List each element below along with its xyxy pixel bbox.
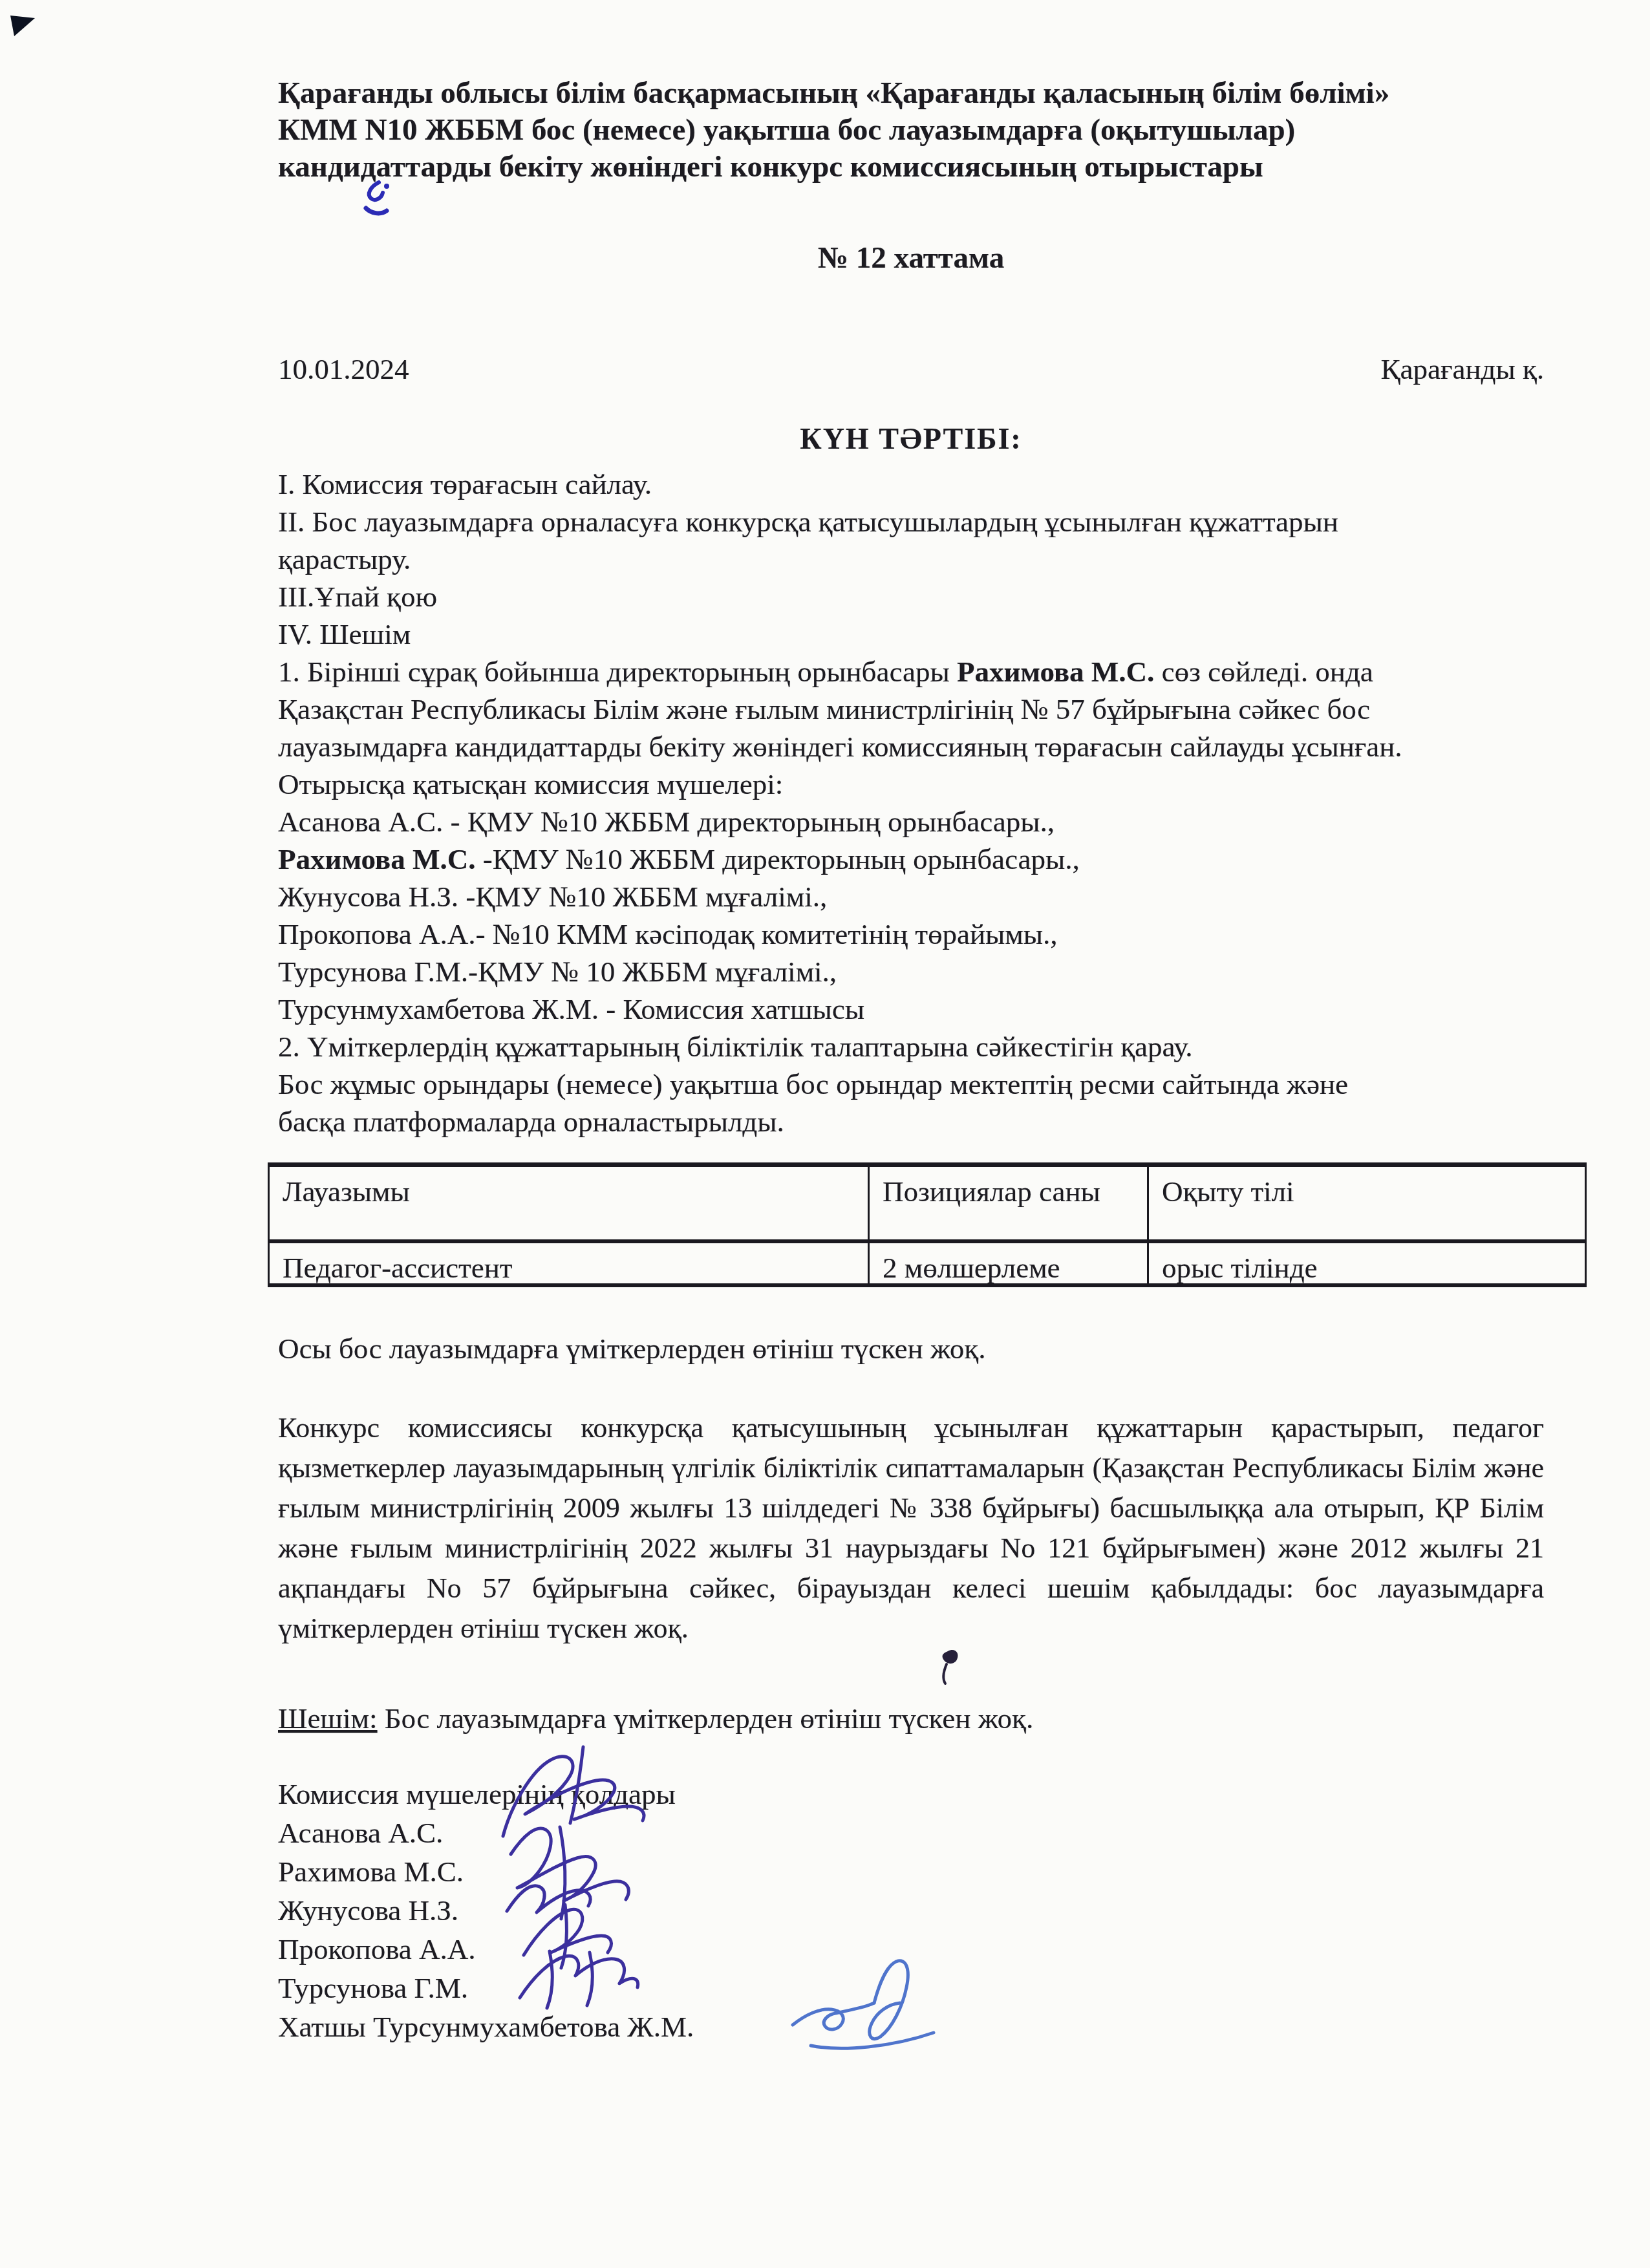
discussion-line: Қазақстан Республикасы Білім және ғылым … xyxy=(278,690,1544,728)
member-role: -ҚМУ №10 ЖББМ мұғалімі., xyxy=(458,881,827,913)
decision-text: Бос лауазымдарға үміткерлерден өтініш тү… xyxy=(378,1702,1034,1735)
ink-mark xyxy=(357,178,396,220)
protocol-number: № 12 хаттама xyxy=(278,241,1544,275)
vacancy-table-header-row: Лауазымы Позициялар саны Оқыту тілі xyxy=(270,1167,1585,1243)
signature-secretary xyxy=(782,1947,944,2060)
member-name: Рахимова М.С. xyxy=(278,843,475,875)
discussion-point-2: 2. Үміткерлердің құжаттарының біліктілік… xyxy=(278,1028,1544,1065)
vacancy-table: Лауазымы Позициялар саны Оқыту тілі Педа… xyxy=(268,1162,1587,1287)
scanned-protocol-document: Қарағанды облысы білім басқармасының «Қа… xyxy=(0,0,1650,2268)
commission-member: Турсунмухамбетова Ж.М. - Комиссия хатшыс… xyxy=(278,990,1544,1028)
column-header-language: Оқыту тілі xyxy=(1147,1167,1585,1239)
member-role: - ҚМУ №10 ЖББМ директорының орынбасары., xyxy=(443,806,1055,838)
discussion-line: Отырысқа қатысқан комиссия мүшелері: xyxy=(278,765,1544,803)
column-header-count: Позициялар саны xyxy=(868,1167,1147,1239)
member-role: - №10 КММ кәсіподақ комитетінің төрайымы… xyxy=(476,918,1058,950)
discussion-line: басқа платформаларда орналастырылды. xyxy=(278,1103,1544,1140)
discussion-text: сөз сөйледі. онда xyxy=(1154,656,1373,688)
signer-name: Рахимова М.С. xyxy=(278,1855,464,1888)
document-title-line: Қарағанды облысы білім басқармасының «Қа… xyxy=(278,75,1526,112)
speaker-name: Рахимова М.С. xyxy=(957,656,1154,688)
scan-artifact-corner xyxy=(9,14,37,40)
discussion-line: лауазымдарға кандидаттарды бекіту жөнінд… xyxy=(278,728,1544,765)
signer-name: Асанова А.С. xyxy=(278,1816,443,1850)
commission-member: Асанова А.С. - ҚМУ №10 ЖББМ директорының… xyxy=(278,803,1544,840)
column-header-position: Лауазымы xyxy=(270,1167,868,1239)
cell-position: Педагог-ассистент xyxy=(270,1243,868,1283)
document-title-line: кандидаттарды бекіту жөніндегі конкурс к… xyxy=(278,149,1526,186)
agenda-item: IV. Шешім xyxy=(278,615,1544,653)
member-role: -ҚМУ № 10 ЖББМ мұғалімі., xyxy=(468,956,837,988)
signer-name: Жунусова Н.З. xyxy=(278,1894,458,1927)
agenda-item: қарастыру. xyxy=(278,540,1544,578)
commission-member: Турсунова Г.М.-ҚМУ № 10 ЖББМ мұғалімі., xyxy=(278,953,1544,990)
cell-count: 2 мөлшерлеме xyxy=(868,1243,1147,1283)
agenda-item: І. Комиссия төрағасын сайлау. xyxy=(278,465,1544,503)
protocol-city: Қарағанды қ. xyxy=(1381,352,1544,386)
discussion-point-1: 1. Бірінші сұрақ бойынша директорының ор… xyxy=(278,653,1544,690)
document-title: Қарағанды облысы білім басқармасының «Қа… xyxy=(278,75,1526,186)
agenda-item: ІІ. Бос лауазымдарға орналасуға конкурсқ… xyxy=(278,503,1544,540)
conclusion-paragraph: Конкурс комиссиясы конкурсқа қатысушының… xyxy=(278,1408,1544,1649)
result-note: Осы бос лауазымдарға үміткерлерден өтіні… xyxy=(278,1332,985,1365)
member-name: Турсунова Г.М. xyxy=(278,956,468,988)
signer-name: Турсунова Г.М. xyxy=(278,1971,468,2005)
cell-language: орыс тілінде xyxy=(1147,1243,1585,1283)
document-body: І. Комиссия төрағасын сайлау. ІІ. Бос ла… xyxy=(278,465,1544,1140)
ink-blot xyxy=(935,1646,963,1689)
protocol-date: 10.01.2024 xyxy=(278,352,409,386)
signature-tursunova xyxy=(511,1943,647,2016)
agenda-item: ІІІ.Ұпай қою xyxy=(278,578,1544,615)
member-name: Асанова А.С. xyxy=(278,806,443,838)
decision-label: Шешім: xyxy=(278,1702,378,1735)
member-name: Турсунмухамбетова Ж.М. xyxy=(278,993,599,1025)
member-name: Прокопова А.А. xyxy=(278,918,476,950)
commission-member: Жунусова Н.З. -ҚМУ №10 ЖББМ мұғалімі., xyxy=(278,878,1544,915)
table-row: Педагог-ассистент 2 мөлшерлеме орыс тілі… xyxy=(270,1243,1585,1283)
signer-name: Прокопова А.А. xyxy=(278,1932,476,1966)
agenda-heading: КҮН ТӘРТІБІ: xyxy=(278,422,1544,456)
commission-member: Прокопова А.А.- №10 КММ кәсіподақ комите… xyxy=(278,915,1544,953)
discussion-line: Бос жұмыс орындары (немесе) уақытша бос … xyxy=(278,1065,1544,1103)
meta-row: 10.01.2024 Қарағанды қ. xyxy=(278,352,1544,386)
document-title-line: КММ N10 ЖББМ бос (немесе) уақытша бос ла… xyxy=(278,112,1526,149)
decision-line: Шешім: Бос лауазымдарға үміткерлерден өт… xyxy=(278,1702,1033,1735)
member-role: - Комиссия хатшысы xyxy=(599,993,864,1025)
member-role: -ҚМУ №10 ЖББМ директорының орынбасары., xyxy=(475,843,1079,875)
member-name: Жунусова Н.З. xyxy=(278,881,458,913)
discussion-text: 1. Бірінші сұрақ бойынша директорының ор… xyxy=(278,656,957,688)
commission-member: Рахимова М.С. -ҚМУ №10 ЖББМ директорының… xyxy=(278,840,1544,878)
